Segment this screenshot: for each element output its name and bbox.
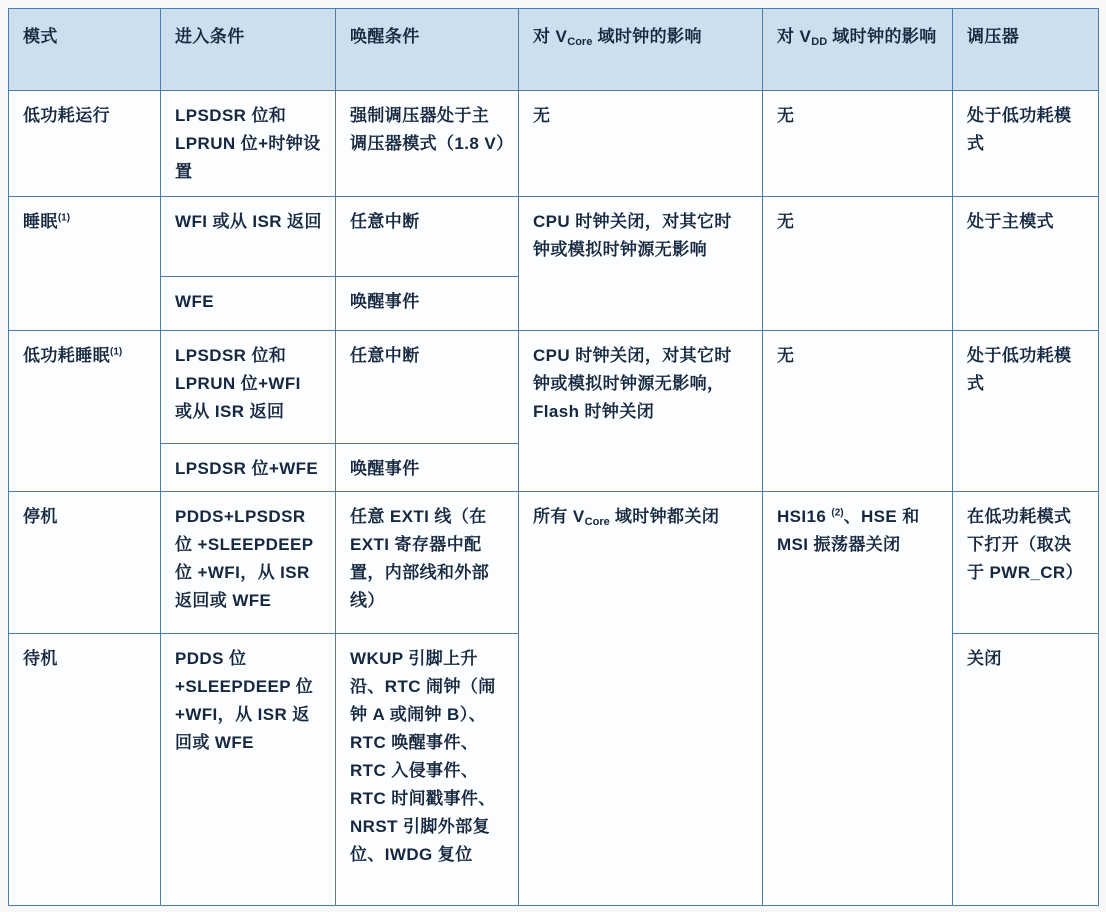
header-vcore-text-tail: 域时钟的影响 [592, 27, 702, 46]
header-regulator: 调压器 [953, 9, 1099, 91]
vcore-subscript: Core [567, 36, 592, 48]
cell-lprun-vdd: 无 [763, 91, 953, 197]
cell-lpsleep-vdd: 无 [763, 331, 953, 492]
cell-standby-wakeup: WKUP 引脚上升沿、RTC 闹钟（闹钟 A 或闹钟 B）、RTC 唤醒事件、R… [336, 634, 519, 906]
sleep-footnote-1: (1) [58, 212, 70, 223]
cell-stop-entry: PDDS+LPSDSR 位 +SLEEPDEEP 位 +WFI，从 ISR 返回… [161, 492, 336, 634]
cell-standby-regulator: 关闭 [953, 634, 1099, 906]
header-vdd-text-tail: 域时钟的影响 [827, 27, 937, 46]
cell-sleep-vdd: 无 [763, 197, 953, 331]
cell-lprun-entry: LPSDSR 位和 LPRUN 位+时钟设置 [161, 91, 336, 197]
stop-vcore-text: 所有 V [533, 507, 585, 526]
row-low-power-run: 低功耗运行 LPSDSR 位和 LPRUN 位+时钟设置 强制调压器处于主调压器… [9, 91, 1099, 197]
header-vcore-clock-effect: 对 VCore 域时钟的影响 [519, 9, 763, 91]
cell-stop-vcore: 所有 VCore 域时钟都关闭 [519, 492, 763, 906]
header-entry-condition: 进入条件 [161, 9, 336, 91]
cell-lprun-mode: 低功耗运行 [9, 91, 161, 197]
cell-sleep-mode: 睡眠(1) [9, 197, 161, 331]
header-vdd-clock-effect: 对 VDD 域时钟的影响 [763, 9, 953, 91]
row-stop: 停机 PDDS+LPSDSR 位 +SLEEPDEEP 位 +WFI，从 ISR… [9, 492, 1099, 634]
cell-stop-mode: 停机 [9, 492, 161, 634]
cell-stop-vdd: HSI16 (2)、HSE 和 MSI 振荡器关闭 [763, 492, 953, 906]
cell-stop-wakeup: 任意 EXTI 线（在 EXTI 寄存器中配置，内部线和外部线） [336, 492, 519, 634]
document-page: 模式 进入条件 唤醒条件 对 VCore 域时钟的影响 对 VDD 域时钟的影响… [0, 0, 1106, 912]
cell-lpsleep-entry-wfe: LPSDSR 位+WFE [161, 444, 336, 492]
table-header-row: 模式 进入条件 唤醒条件 对 VCore 域时钟的影响 对 VDD 域时钟的影响… [9, 9, 1099, 91]
cell-standby-entry: PDDS 位 +SLEEPDEEP 位 +WFI，从 ISR 返回或 WFE [161, 634, 336, 906]
lpsleep-mode-text: 低功耗睡眠 [23, 346, 110, 365]
cell-stop-regulator: 在低功耗模式下打开（取决于 PWR_CR） [953, 492, 1099, 634]
header-wakeup-condition: 唤醒条件 [336, 9, 519, 91]
cell-lprun-wakeup: 强制调压器处于主调压器模式（1.8 V） [336, 91, 519, 197]
cell-lpsleep-entry-wfi: LPSDSR 位和 LPRUN 位+WFI 或从 ISR 返回 [161, 331, 336, 444]
cell-lpsleep-mode: 低功耗睡眠(1) [9, 331, 161, 492]
cell-standby-mode: 待机 [9, 634, 161, 906]
stop-vcore-subscript: Core [585, 516, 610, 528]
row-sleep-sub1: 睡眠(1) WFI 或从 ISR 返回 任意中断 CPU 时钟关闭，对其它时钟或… [9, 197, 1099, 277]
low-power-modes-table: 模式 进入条件 唤醒条件 对 VCore 域时钟的影响 对 VDD 域时钟的影响… [8, 8, 1099, 906]
cell-lpsleep-wakeup-interrupt: 任意中断 [336, 331, 519, 444]
cell-lprun-regulator: 处于低功耗模式 [953, 91, 1099, 197]
stop-vcore-text-tail: 域时钟都关闭 [610, 507, 720, 526]
lpsleep-footnote-1: (1) [110, 346, 122, 357]
cell-sleep-wakeup-interrupt: 任意中断 [336, 197, 519, 277]
vdd-subscript: DD [811, 36, 827, 48]
header-vdd-text: 对 V [777, 27, 811, 46]
cell-sleep-wakeup-event: 唤醒事件 [336, 277, 519, 331]
cell-lprun-vcore: 无 [519, 91, 763, 197]
cell-lpsleep-wakeup-event: 唤醒事件 [336, 444, 519, 492]
cell-sleep-vcore: CPU 时钟关闭，对其它时钟或模拟时钟源无影响 [519, 197, 763, 331]
header-vcore-text: 对 V [533, 27, 567, 46]
cell-sleep-regulator: 处于主模式 [953, 197, 1099, 331]
cell-lpsleep-regulator: 处于低功耗模式 [953, 331, 1099, 492]
row-low-power-sleep-sub1: 低功耗睡眠(1) LPSDSR 位和 LPRUN 位+WFI 或从 ISR 返回… [9, 331, 1099, 444]
header-mode: 模式 [9, 9, 161, 91]
cell-lpsleep-vcore: CPU 时钟关闭，对其它时钟或模拟时钟源无影响，Flash 时钟关闭 [519, 331, 763, 492]
stop-footnote-2: (2) [831, 507, 843, 518]
stop-vdd-text: HSI16 [777, 507, 831, 526]
sleep-mode-text: 睡眠 [23, 212, 58, 231]
cell-sleep-entry-wfe: WFE [161, 277, 336, 331]
cell-sleep-entry-wfi: WFI 或从 ISR 返回 [161, 197, 336, 277]
